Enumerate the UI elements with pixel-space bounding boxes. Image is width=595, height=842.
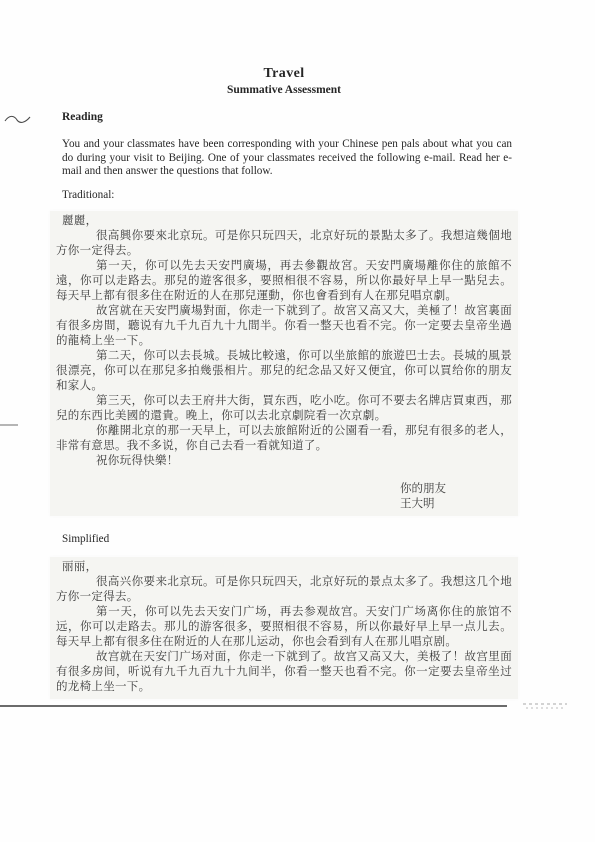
letter-paragraph: 第二天，你可以去長城。長城比較遠，你可以坐旅館的旅遊巴士去。長城的風景很漂亮，你… xyxy=(56,349,512,394)
page-title: Travel xyxy=(0,66,568,82)
letter-paragraph: 故宫就在天安门广场对面，你走一下就到了。故宫又高又大，美极了！故宫里面有很多房间… xyxy=(56,650,512,695)
scan-horizontal-rule xyxy=(0,705,507,707)
handwritten-squiggle-icon xyxy=(4,112,32,126)
scanned-document-page: Travel Summative Assessment Reading You … xyxy=(0,0,595,842)
letter-paragraph: 第一天，你可以先去天安門廣場，再去參觀故宮。天安門廣場離你住的旅館不遠，你可以走… xyxy=(56,259,512,304)
letter-paragraph: 很高興你要來北京玩。可是你只玩四天，北京好玩的景點太多了。我想這幾個地方你一定得… xyxy=(56,229,512,259)
traditional-email-letter: 麗麗， 很高興你要來北京玩。可是你只玩四天，北京好玩的景點太多了。我想這幾個地方… xyxy=(50,211,518,516)
simplified-email-letter: 丽丽， 很高兴你要来北京玩。可是你只玩四天，北京好玩的景点太多了。我想这几个地方… xyxy=(50,557,518,699)
scan-artifact-dash xyxy=(0,424,18,426)
letter-paragraph: 第三天，你可以去王府井大街，買东西，吃小吃。你可不要去名牌店買東西，那兒的东西比… xyxy=(56,394,512,424)
letter-greeting: 麗麗， xyxy=(56,214,512,229)
signature-signoff: 你的朋友 xyxy=(400,482,512,497)
letter-paragraph: 故宮就在天安門廣場對面，你走一下就到了。故宮又高又大，美極了！故宮裏面有很多房間… xyxy=(56,304,512,349)
faded-stamp-mark xyxy=(523,703,567,711)
page-subtitle: Summative Assessment xyxy=(0,84,568,96)
signature-name: 王大明 xyxy=(400,497,512,512)
traditional-section-label: Traditional: xyxy=(62,189,114,201)
letter-paragraph: 你離開北京的那一天早上，可以去旅館附近的公園看一看，那兒有很多的老人，非常有意思… xyxy=(56,424,512,454)
document-header: Travel Summative Assessment xyxy=(0,66,568,96)
letter-greeting: 丽丽， xyxy=(56,560,512,575)
reading-heading: Reading xyxy=(62,111,103,123)
letter-closing: 祝你玩得快樂！ xyxy=(56,454,512,469)
letter-paragraph: 很高兴你要来北京玩。可是你只玩四天，北京好玩的景点太多了。我想这几个地方你一定得… xyxy=(56,575,512,605)
letter-paragraph: 第一天，你可以先去天安门广场，再去参观故宫。天安门广场离你住的旅馆不远，你可以走… xyxy=(56,605,512,650)
letter-signature: 你的朋友 王大明 xyxy=(56,482,512,512)
reading-intro-paragraph: You and your classmates have been corres… xyxy=(62,138,512,179)
simplified-section-label: Simplified xyxy=(62,533,109,545)
